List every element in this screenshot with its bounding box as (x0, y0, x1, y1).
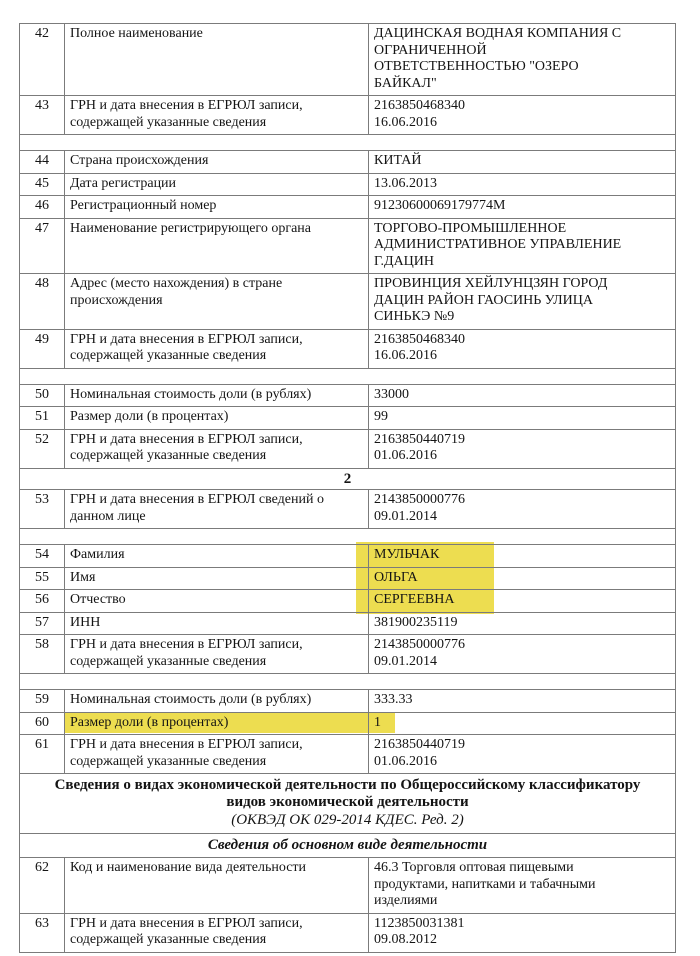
field-value-cell: КИТАЙ (369, 151, 676, 174)
row-number-cell: 58 (20, 635, 65, 674)
spacer-row (20, 368, 676, 384)
field-label-cell: ГРН и дата внесения в ЕГРЮЛ записи, соде… (65, 913, 369, 952)
section-header-row: Сведения о видах экономической деятельно… (20, 774, 676, 834)
field-value-cell: 333.33 (369, 690, 676, 713)
table-row: 60Размер доли (в процентах)1 (20, 712, 676, 735)
table-row: 47Наименование регистрирующего органаТОР… (20, 218, 676, 274)
spacer-row (20, 529, 676, 545)
page-number-row: 2 (20, 468, 676, 490)
egrul-table-body: 42Полное наименованиеДАЦИНСКАЯ ВОДНАЯ КО… (20, 24, 676, 953)
field-value-cell: 1123850031381 09.08.2012 (369, 913, 676, 952)
row-number-cell: 53 (20, 490, 65, 529)
table-row: 51Размер доли (в процентах)99 (20, 407, 676, 430)
field-label-cell: Адрес (место нахождения) в стране происх… (65, 274, 369, 330)
row-number-cell: 50 (20, 384, 65, 407)
field-label-cell: Размер доли (в процентах) (65, 407, 369, 430)
field-value-cell: 2163850468340 16.06.2016 (369, 329, 676, 368)
row-number-cell: 63 (20, 913, 65, 952)
table-row: 52ГРН и дата внесения в ЕГРЮЛ записи, со… (20, 429, 676, 468)
field-value-cell: 2163850440719 01.06.2016 (369, 429, 676, 468)
row-number-cell: 57 (20, 612, 65, 635)
field-label-cell: ГРН и дата внесения в ЕГРЮЛ записи, соде… (65, 735, 369, 774)
table-row: 57ИНН381900235119 (20, 612, 676, 635)
table-row: 53ГРН и дата внесения в ЕГРЮЛ сведений о… (20, 490, 676, 529)
row-number-cell: 42 (20, 24, 65, 96)
field-label-cell: Номинальная стоимость доли (в рублях) (65, 384, 369, 407)
field-label-cell: ГРН и дата внесения в ЕГРЮЛ записи, соде… (65, 429, 369, 468)
subsection-header-row: Сведения об основном виде деятельности (20, 834, 676, 858)
field-label-cell: Отчество (65, 590, 369, 613)
row-number-cell: 45 (20, 173, 65, 196)
spacer-cell (20, 135, 676, 151)
field-label-cell: ГРН и дата внесения в ЕГРЮЛ сведений о д… (65, 490, 369, 529)
field-value-cell: ПРОВИНЦИЯ ХЕЙЛУНЦЗЯН ГОРОД ДАЦИН РАЙОН Г… (369, 274, 676, 330)
field-value-cell: СЕРГЕЕВНА (369, 590, 676, 613)
field-value-cell: ТОРГОВО-ПРОМЫШЛЕННОЕ АДМИНИСТРАТИВНОЕ УП… (369, 218, 676, 274)
spacer-cell (20, 368, 676, 384)
field-label-cell: ГРН и дата внесения в ЕГРЮЛ записи, соде… (65, 96, 369, 135)
field-label-cell: Фамилия (65, 545, 369, 568)
field-value-cell: 13.06.2013 (369, 173, 676, 196)
field-value-cell: ОЛЬГА (369, 567, 676, 590)
table-row: 44Страна происхожденияКИТАЙ (20, 151, 676, 174)
subsection-header-cell: Сведения об основном виде деятельности (20, 834, 676, 858)
spacer-cell (20, 529, 676, 545)
field-value-cell: 2163850468340 16.06.2016 (369, 96, 676, 135)
table-row: 50Номинальная стоимость доли (в рублях)3… (20, 384, 676, 407)
table-row: 54ФамилияМУЛЬЧАК (20, 545, 676, 568)
row-number-cell: 54 (20, 545, 65, 568)
table-row: 49ГРН и дата внесения в ЕГРЮЛ записи, со… (20, 329, 676, 368)
row-number-cell: 61 (20, 735, 65, 774)
field-label-cell: Наименование регистрирующего органа (65, 218, 369, 274)
page: 42Полное наименованиеДАЦИНСКАЯ ВОДНАЯ КО… (0, 0, 700, 956)
table-row: 55ИмяОЛЬГА (20, 567, 676, 590)
row-number-cell: 44 (20, 151, 65, 174)
row-number-cell: 46 (20, 196, 65, 219)
row-number-cell: 51 (20, 407, 65, 430)
table-row: 45Дата регистрации13.06.2013 (20, 173, 676, 196)
table-row: 42Полное наименованиеДАЦИНСКАЯ ВОДНАЯ КО… (20, 24, 676, 96)
row-number-cell: 60 (20, 712, 65, 735)
field-value-cell: 2163850440719 01.06.2016 (369, 735, 676, 774)
field-label-cell: Номинальная стоимость доли (в рублях) (65, 690, 369, 713)
spacer-row (20, 135, 676, 151)
field-label-cell: Размер доли (в процентах) (65, 712, 369, 735)
field-label-cell: ГРН и дата внесения в ЕГРЮЛ записи, соде… (65, 329, 369, 368)
table-row: 48Адрес (место нахождения) в стране прои… (20, 274, 676, 330)
page-number-cell: 2 (20, 468, 676, 490)
field-value-cell: 33000 (369, 384, 676, 407)
field-label-cell: Страна происхождения (65, 151, 369, 174)
field-label-cell: Дата регистрации (65, 173, 369, 196)
table-row: 46Регистрационный номер91230600069179774… (20, 196, 676, 219)
table-row: 56ОтчествоСЕРГЕЕВНА (20, 590, 676, 613)
section-title: Сведения о видах экономической деятельно… (28, 777, 667, 811)
field-value-cell: 1 (369, 712, 676, 735)
field-value-cell: ДАЦИНСКАЯ ВОДНАЯ КОМПАНИЯ С ОГРАНИЧЕННОЙ… (369, 24, 676, 96)
field-value-cell: 2143850000776 09.01.2014 (369, 635, 676, 674)
table-row: 59Номинальная стоимость доли (в рублях)3… (20, 690, 676, 713)
section-header-cell: Сведения о видах экономической деятельно… (20, 774, 676, 834)
field-value-cell: 46.3 Торговля оптовая пищевыми продуктам… (369, 858, 676, 914)
field-value-cell: 2143850000776 09.01.2014 (369, 490, 676, 529)
field-label-cell: Регистрационный номер (65, 196, 369, 219)
spacer-cell (20, 674, 676, 690)
spacer-row (20, 674, 676, 690)
field-label-cell: Полное наименование (65, 24, 369, 96)
egrul-table: 42Полное наименованиеДАЦИНСКАЯ ВОДНАЯ КО… (19, 23, 676, 953)
table-row: 61ГРН и дата внесения в ЕГРЮЛ записи, со… (20, 735, 676, 774)
field-value-cell: 381900235119 (369, 612, 676, 635)
section-note: (ОКВЭД ОК 029-2014 КДЕС. Ред. 2) (28, 812, 667, 829)
row-number-cell: 48 (20, 274, 65, 330)
table-row: 63ГРН и дата внесения в ЕГРЮЛ записи, со… (20, 913, 676, 952)
row-number-cell: 62 (20, 858, 65, 914)
field-label-cell: ИНН (65, 612, 369, 635)
table-row: 43ГРН и дата внесения в ЕГРЮЛ записи, со… (20, 96, 676, 135)
field-label-cell: Код и наименование вида деятельности (65, 858, 369, 914)
row-number-cell: 59 (20, 690, 65, 713)
row-number-cell: 55 (20, 567, 65, 590)
row-number-cell: 47 (20, 218, 65, 274)
field-value-cell: 91230600069179774М (369, 196, 676, 219)
field-label-cell: Имя (65, 567, 369, 590)
row-number-cell: 49 (20, 329, 65, 368)
field-value-cell: 99 (369, 407, 676, 430)
row-number-cell: 43 (20, 96, 65, 135)
row-number-cell: 56 (20, 590, 65, 613)
field-label-cell: ГРН и дата внесения в ЕГРЮЛ записи, соде… (65, 635, 369, 674)
table-row: 58ГРН и дата внесения в ЕГРЮЛ записи, со… (20, 635, 676, 674)
table-row: 62Код и наименование вида деятельности46… (20, 858, 676, 914)
field-value-cell: МУЛЬЧАК (369, 545, 676, 568)
row-number-cell: 52 (20, 429, 65, 468)
